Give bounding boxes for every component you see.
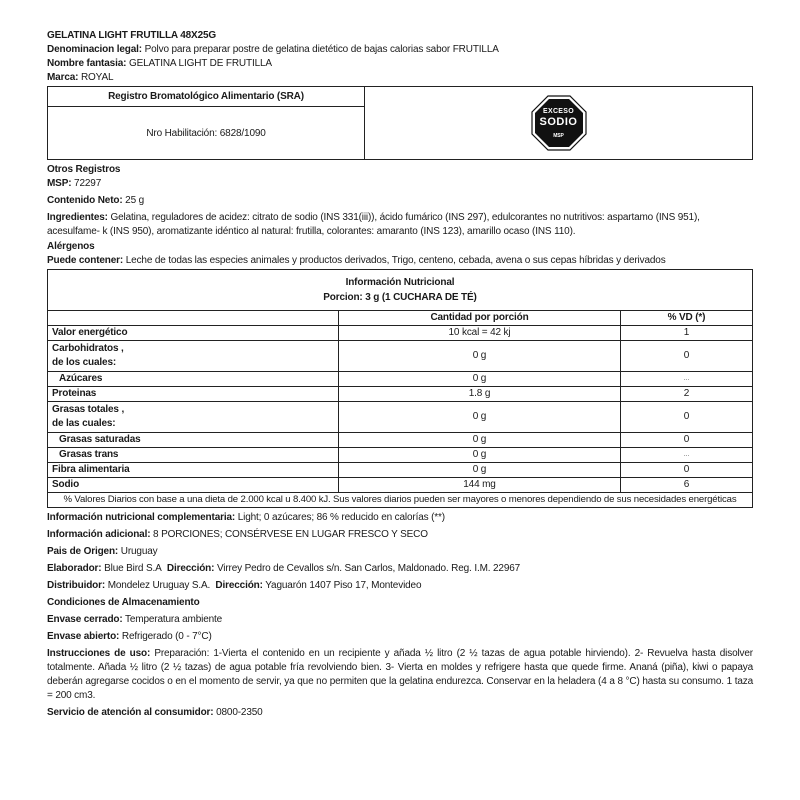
nutrition-portion: Porcion: 3 g (1 CUCHARA DE TÉ) [52, 290, 748, 305]
nutrition-footnote: % Valores Diarios con base a una dieta d… [48, 493, 753, 508]
info-complementaria: Información nutricional complementaria: … [47, 511, 753, 525]
msp-register: MSP: 72297 [47, 177, 753, 191]
instrucciones: Instrucciones de uso: Preparación: 1-Vie… [47, 647, 753, 703]
elaborador: Elaborador: Blue Bird S.A Dirección: Vir… [47, 562, 753, 576]
almacenamiento-heading: Condiciones de Almacenamiento [47, 596, 753, 610]
table-row: Valor energético 10 kcal = 42 kj 1 [48, 326, 753, 341]
contenido-neto: Contenido Neto: 25 g [47, 194, 753, 208]
octagon-warning-seal-icon: EXCESO SODIO MSP [531, 95, 587, 151]
table-row: Grasas saturadas 0 g 0 [48, 433, 753, 448]
puede-contener: Puede contener: Leche de todas las espec… [47, 254, 753, 268]
envase-cerrado: Envase cerrado: Temperatura ambiente [47, 613, 753, 627]
registry-header: Registro Bromatológico Alimentario (SRA) [48, 87, 364, 107]
distribuidor: Distribuidor: Mondelez Uruguay S.A. Dire… [47, 579, 753, 593]
envase-abierto: Envase abierto: Refrigerado (0 - 7°C) [47, 630, 753, 644]
marca: Marca: ROYAL [47, 71, 753, 85]
nutrition-title: Información Nutricional [52, 275, 748, 290]
seal-line-1: EXCESO [543, 108, 574, 115]
table-row: Grasas totales ,de las cuales: 0 g 0 [48, 402, 753, 433]
table-row: Grasas trans 0 g ... [48, 448, 753, 463]
table-row: Azúcares 0 g ... [48, 372, 753, 387]
col-vd-header: % VD (*) [621, 311, 753, 326]
col-amount-header: Cantidad por porción [339, 311, 621, 326]
nombre-fantasia: Nombre fantasia: GELATINA LIGHT DE FRUTI… [47, 57, 753, 71]
nutrition-title-cell: Información Nutricional Porcion: 3 g (1 … [48, 270, 753, 311]
registry-habilitacion: Nro Habilitación: 6828/1090 [48, 107, 364, 159]
registry-sra: Registro Bromatológico Alimentario (SRA)… [48, 87, 365, 159]
product-title: GELATINA LIGHT FRUTILLA 48X25G [47, 29, 753, 43]
table-row: Sodio 144 mg 6 [48, 478, 753, 493]
info-adicional: Información adicional: 8 PORCIONES; CONS… [47, 528, 753, 542]
seal-line-3: MSP [553, 133, 563, 139]
servicio-consumidor: Servicio de atención al consumidor: 0800… [47, 706, 753, 720]
table-row: Proteinas 1.8 g 2 [48, 387, 753, 402]
registry-box: Registro Bromatológico Alimentario (SRA)… [47, 86, 753, 160]
nutrition-table: Información Nutricional Porcion: 3 g (1 … [47, 269, 753, 508]
table-row: Carbohidratos ,de los cuales: 0 g 0 [48, 341, 753, 372]
denominacion-legal: Denominacion legal: Polvo para preparar … [47, 43, 753, 57]
product-sheet: GELATINA LIGHT FRUTILLA 48X25G Denominac… [47, 29, 753, 720]
registry-seal-cell: EXCESO SODIO MSP [365, 87, 752, 159]
nutrition-header-row: Cantidad por porción % VD (*) [48, 311, 753, 326]
ingredientes: Ingredientes: Gelatina, reguladores de a… [47, 211, 753, 239]
pais-origen: Pais de Origen: Uruguay [47, 545, 753, 559]
seal-line-2: SODIO [540, 116, 578, 128]
table-row: Fibra alimentaria 0 g 0 [48, 463, 753, 478]
alergenos-heading: Alérgenos [47, 240, 753, 254]
otros-registros-heading: Otros Registros [47, 163, 753, 177]
